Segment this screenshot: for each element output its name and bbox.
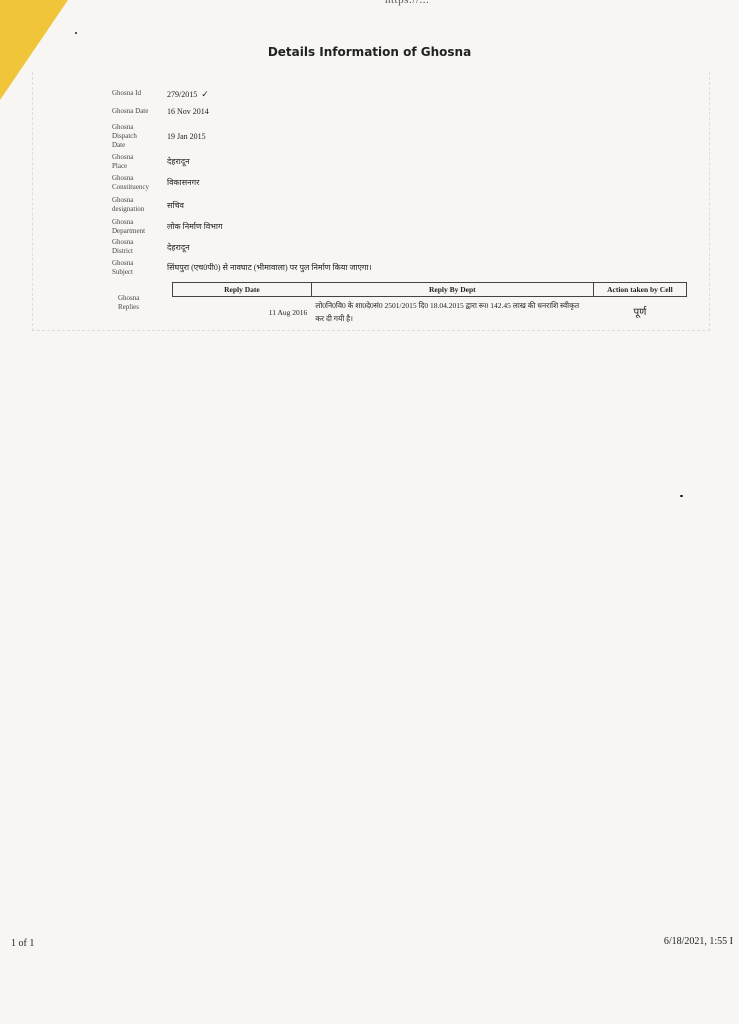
page-title: Details Information of Ghosna: [0, 45, 739, 59]
reply-date: 11 Aug 2016: [173, 297, 312, 328]
scan-speck: [680, 495, 683, 497]
column-action-taken: Action taken by Cell: [593, 283, 686, 297]
table-row: 11 Aug 2016 लो0नि0वि0 के शा0दे0सं0 2501/…: [173, 297, 687, 328]
reply-text: लो0नि0वि0 के शा0दे0सं0 2501/2015 दि0 18.…: [311, 297, 593, 328]
checkmark-icon: ✓: [201, 89, 209, 99]
scan-speck: [75, 32, 77, 34]
print-timestamp: 6/18/2021, 1:55 I: [664, 936, 733, 947]
url-fragment: https://...: [385, 0, 429, 6]
column-reply-by-dept: Reply By Dept: [311, 283, 593, 297]
page-number: 1 of 1: [11, 938, 34, 949]
action-status: पूर्ण: [593, 297, 686, 328]
replies-table: Reply Date Reply By Dept Action taken by…: [172, 282, 687, 327]
column-reply-date: Reply Date: [173, 283, 312, 297]
